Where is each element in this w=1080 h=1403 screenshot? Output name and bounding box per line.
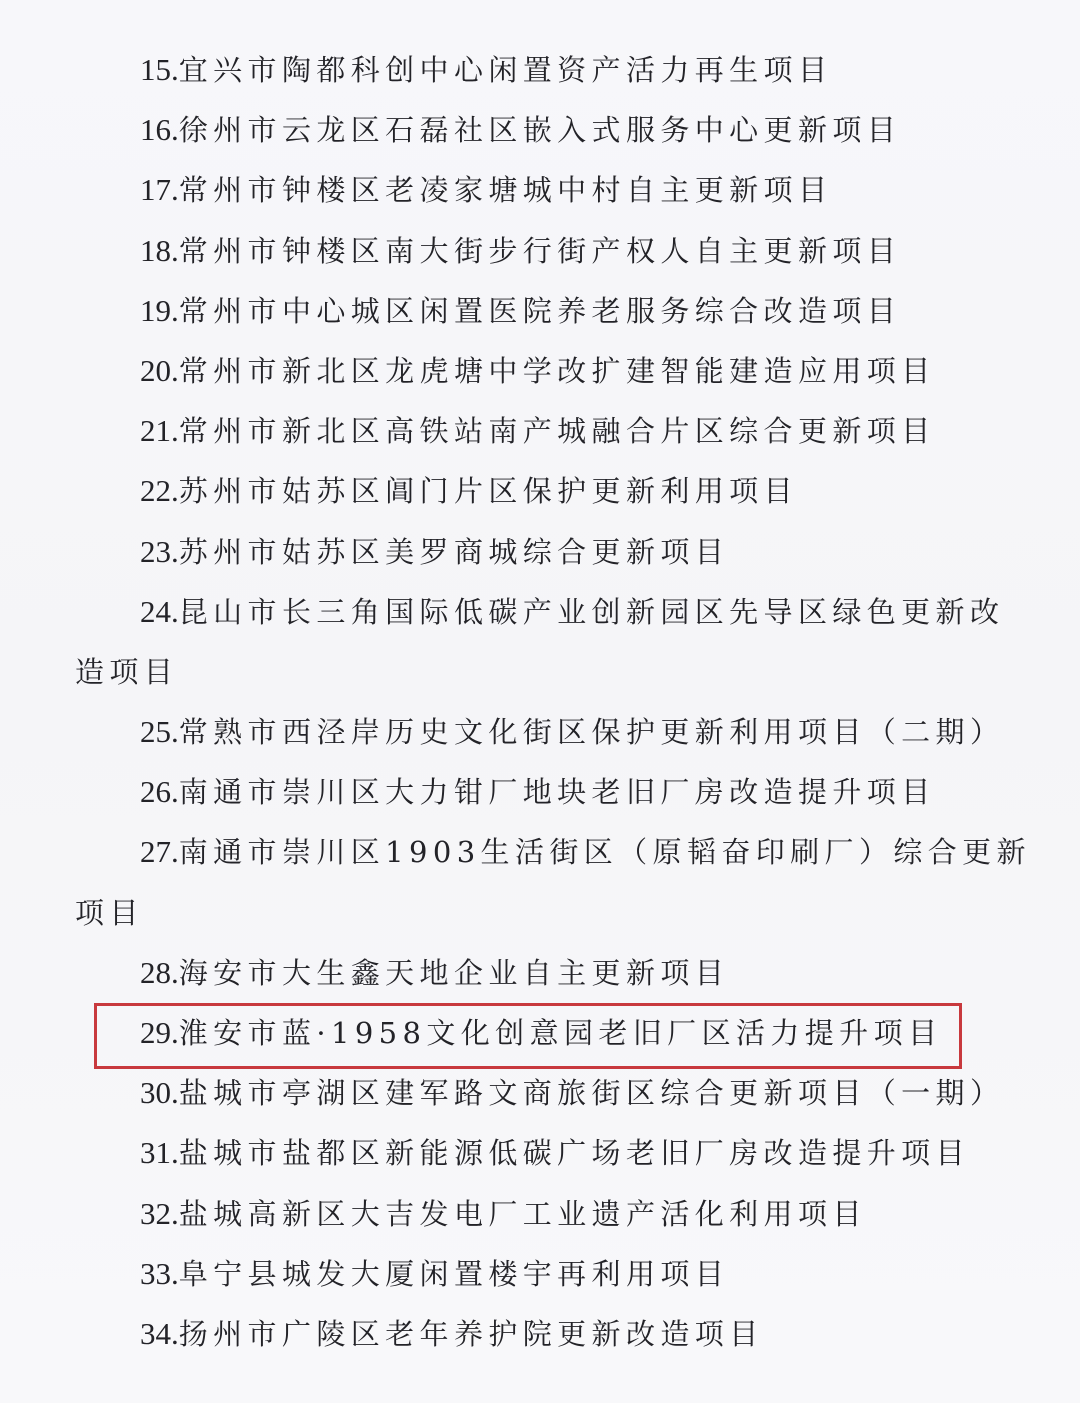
item-text: 常州市钟楼区南大街步行街产权人自主更新项目 xyxy=(179,234,901,268)
item-number: 19. xyxy=(140,293,179,328)
item-text: 常州市新北区龙虎塘中学改扩建智能建造应用项目 xyxy=(179,354,936,388)
item-number: 21. xyxy=(140,413,179,448)
item-number: 28. xyxy=(140,955,179,990)
list-item: 19.常州市中心城区闲置医院养老服务综合改造项目 xyxy=(0,281,1080,341)
item-text: 徐州市云龙区石磊社区嵌入式服务中心更新项目 xyxy=(179,113,901,147)
item-number: 15. xyxy=(140,52,179,87)
item-text: 阜宁县城发大厦闲置楼宇再利用项目 xyxy=(179,1257,729,1291)
item-text: 盐城市亭湖区建军路文商旅街区综合更新项目（一期） xyxy=(179,1076,1005,1110)
item-number: 30. xyxy=(140,1075,179,1110)
item-number: 34. xyxy=(140,1316,179,1351)
item-number: 20. xyxy=(140,353,179,388)
list-item: 24.昆山市长三角国际低碳产业创新园区先导区绿色更新改 造项目 xyxy=(0,582,1080,702)
list-item: 31.盐城市盐都区新能源低碳广场老旧厂房改造提升项目 xyxy=(0,1123,1080,1183)
item-text: 常州市钟楼区老凌家塘城中村自主更新项目 xyxy=(179,173,833,207)
item-text: 盐城高新区大吉发电厂工业遗产活化利用项目 xyxy=(179,1197,867,1231)
item-text: 扬州市广陵区老年养护院更新改造项目 xyxy=(179,1317,764,1351)
item-number: 16. xyxy=(140,112,179,147)
list-item: 17.常州市钟楼区老凌家塘城中村自主更新项目 xyxy=(0,160,1080,220)
project-list: 15.宜兴市陶都科创中心闲置资产活力再生项目 16.徐州市云龙区石磊社区嵌入式服… xyxy=(0,40,1080,1364)
list-item: 20.常州市新北区龙虎塘中学改扩建智能建造应用项目 xyxy=(0,341,1080,401)
list-item: 34.扬州市广陵区老年养护院更新改造项目 xyxy=(0,1304,1080,1364)
item-number: 32. xyxy=(140,1196,179,1231)
item-number: 29. xyxy=(140,1015,179,1050)
item-text: 苏州市姑苏区美罗商城综合更新项目 xyxy=(179,535,729,569)
item-text: 南通市崇川区1903生活街区（原韬奋印刷厂）综合更新 xyxy=(179,835,1031,869)
item-number: 33. xyxy=(140,1256,179,1291)
item-text: 常熟市西泾岸历史文化街区保护更新利用项目（二期） xyxy=(179,715,1005,749)
item-text: 苏州市姑苏区阊门片区保护更新利用项目 xyxy=(179,474,798,508)
item-number: 18. xyxy=(140,233,179,268)
document-page: 15.宜兴市陶都科创中心闲置资产活力再生项目 16.徐州市云龙区石磊社区嵌入式服… xyxy=(0,0,1080,1403)
item-text: 昆山市长三角国际低碳产业创新园区先导区绿色更新改 xyxy=(179,595,1005,629)
list-item: 22.苏州市姑苏区阊门片区保护更新利用项目 xyxy=(0,461,1080,521)
list-item: 33.阜宁县城发大厦闲置楼宇再利用项目 xyxy=(0,1244,1080,1304)
item-text: 海安市大生鑫天地企业自主更新项目 xyxy=(179,956,729,990)
list-item: 28.海安市大生鑫天地企业自主更新项目 xyxy=(0,943,1080,1003)
list-item: 18.常州市钟楼区南大街步行街产权人自主更新项目 xyxy=(0,221,1080,281)
item-number: 25. xyxy=(140,714,179,749)
list-item: 26.南通市崇川区大力钳厂地块老旧厂房改造提升项目 xyxy=(0,762,1080,822)
list-item: 25.常熟市西泾岸历史文化街区保护更新利用项目（二期） xyxy=(0,702,1080,762)
item-number: 27. xyxy=(140,834,179,869)
item-text: 常州市中心城区闲置医院养老服务综合改造项目 xyxy=(179,294,901,328)
item-text: 南通市崇川区大力钳厂地块老旧厂房改造提升项目 xyxy=(179,775,936,809)
item-number: 17. xyxy=(140,172,179,207)
list-item: 23.苏州市姑苏区美罗商城综合更新项目 xyxy=(0,522,1080,582)
list-item: 15.宜兴市陶都科创中心闲置资产活力再生项目 xyxy=(0,40,1080,100)
list-item: 30.盐城市亭湖区建军路文商旅街区综合更新项目（一期） xyxy=(0,1063,1080,1123)
item-text: 常州市新北区高铁站南产城融合片区综合更新项目 xyxy=(179,414,936,448)
item-text-continuation: 项目 xyxy=(0,883,1080,943)
list-item: 21.常州市新北区高铁站南产城融合片区综合更新项目 xyxy=(0,401,1080,461)
list-item: 16.徐州市云龙区石磊社区嵌入式服务中心更新项目 xyxy=(0,100,1080,160)
item-text: 淮安市蓝·1958文化创意园老旧厂区活力提升项目 xyxy=(179,1016,943,1050)
item-text: 宜兴市陶都科创中心闲置资产活力再生项目 xyxy=(179,53,833,87)
list-item: 27.南通市崇川区1903生活街区（原韬奋印刷厂）综合更新 项目 xyxy=(0,822,1080,942)
list-item-highlighted: 29.淮安市蓝·1958文化创意园老旧厂区活力提升项目 xyxy=(0,1003,1080,1063)
item-text-continuation: 造项目 xyxy=(0,642,1080,702)
item-number: 31. xyxy=(140,1135,179,1170)
item-number: 22. xyxy=(140,473,179,508)
item-number: 24. xyxy=(140,594,179,629)
item-text: 盐城市盐都区新能源低碳广场老旧厂房改造提升项目 xyxy=(179,1136,970,1170)
item-number: 26. xyxy=(140,774,179,809)
item-number: 23. xyxy=(140,534,179,569)
list-item: 32.盐城高新区大吉发电厂工业遗产活化利用项目 xyxy=(0,1184,1080,1244)
